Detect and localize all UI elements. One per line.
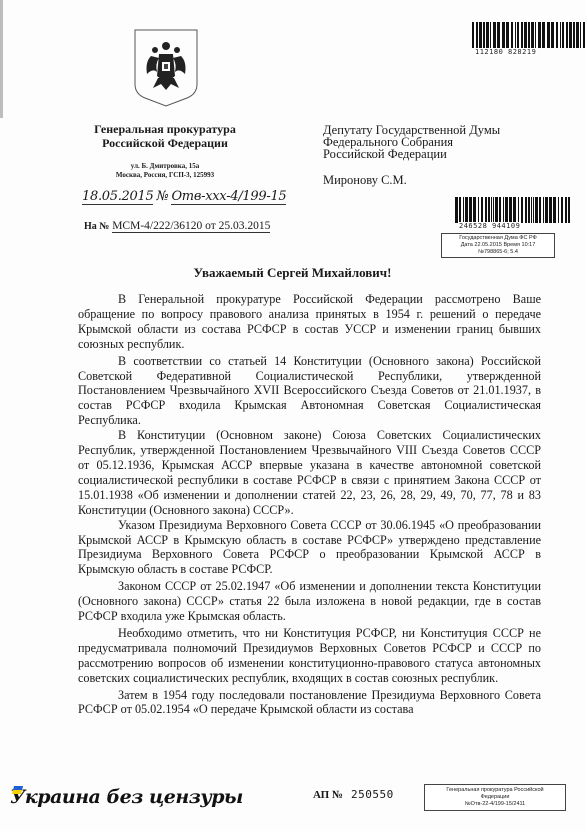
salutation: Уважаемый Сергей Михайлович! <box>0 265 585 281</box>
paragraph: В соответствии со статьей 14 Конституции… <box>78 354 541 429</box>
barcode-number: 112180 828219 <box>474 48 537 56</box>
paragraph: Необходимо отметить, что ни Конституция … <box>78 626 541 686</box>
duma-registration-stamp: Государственная Дума ФС РФ Дата 22.05.20… <box>441 233 555 258</box>
paragraph: Указом Президиума Верховного Совета СССР… <box>78 518 541 578</box>
recipient-name: Миронову С.М. <box>323 173 407 188</box>
paragraph: В Конституции (Основном законе) Союза Со… <box>78 428 541 517</box>
paragraph: Затем в 1954 году последовали постановле… <box>78 688 541 718</box>
scanned-letter-page: Генеральная прокуратура Российской Федер… <box>0 0 585 831</box>
russian-coat-of-arms-icon <box>131 28 201 108</box>
reference-value: МСМ-4/222/36120 от 25.03.2015 <box>112 220 270 233</box>
reference-number: На № МСМ-4/222/36120 от 25.03.2015 <box>84 220 270 232</box>
form-serial: АП №250550 <box>313 788 394 801</box>
sender-address: ул. Б. Дмитровка, 15а Москва, Россия, ГС… <box>60 162 270 180</box>
outgoing-number-prefix: № <box>156 189 168 204</box>
barcode-icon <box>455 197 533 223</box>
form-serial-label: АП № <box>313 789 343 801</box>
paragraph: В Генеральной прокуратуре Российской Фед… <box>78 292 541 352</box>
reference-label: На № <box>84 221 109 232</box>
recipient-block: Депутату Государственной Думы Федерально… <box>323 124 500 160</box>
sender-organization: Генеральная прокуратура Российской Федер… <box>60 122 270 150</box>
outgoing-date: 18.05.2015 <box>82 189 153 205</box>
paragraph: Законом СССР от 25.02.1947 «Об изменении… <box>78 579 541 624</box>
form-serial-number: 250550 <box>351 788 394 801</box>
scan-edge <box>0 0 3 118</box>
barcode-number: 246528 944109 <box>458 222 521 230</box>
outgoing-registration: 18.05.2015 № Отв-ххх-4/199-15 <box>82 189 286 204</box>
barcode-icon <box>472 22 552 48</box>
letter-body: В Генеральной прокуратуре Российской Фед… <box>78 292 541 719</box>
prosecutor-registration-stamp: Генеральная прокуратура Российской Федер… <box>424 784 566 811</box>
outgoing-number: Отв-ххх-4/199-15 <box>171 189 286 205</box>
watermark-logo: Украина без цензуры <box>10 786 243 808</box>
